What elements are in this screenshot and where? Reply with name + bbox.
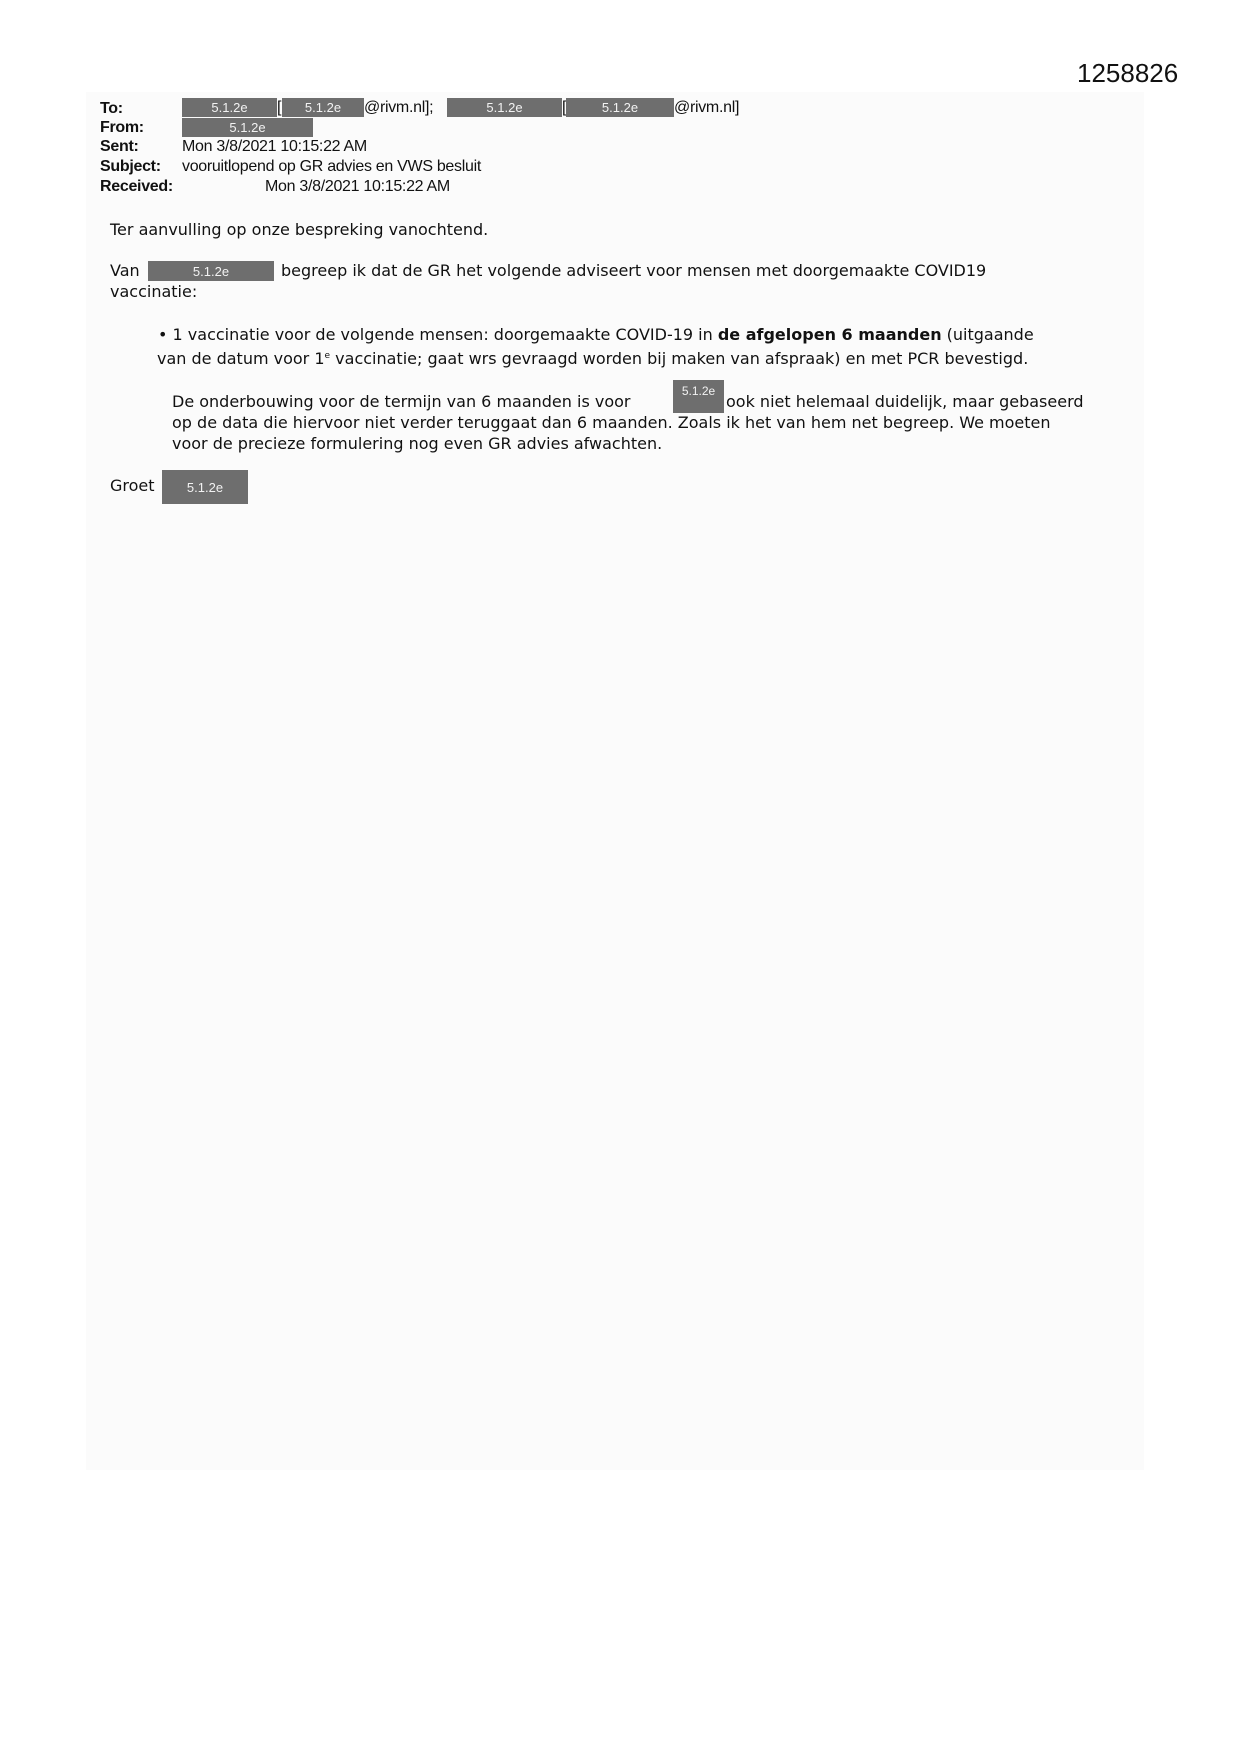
to-domain-2: @rivm.nl] xyxy=(674,99,739,117)
van-prefix: Van xyxy=(110,260,140,281)
bullet-line1: • 1 vaccinatie voor de volgende mensen: … xyxy=(158,324,1034,345)
document-number: 1258826 xyxy=(1077,58,1178,89)
van-rest: begreep ik dat de GR het volgende advise… xyxy=(281,260,986,281)
bullet-line2-end: vaccinatie; gaat wrs gevraagd worden bij… xyxy=(330,349,1028,368)
received-label: Received: xyxy=(100,178,173,196)
bullet-line1-end: (uitgaande xyxy=(942,325,1034,344)
redaction-to-name-1: 5.1.2e xyxy=(182,98,277,117)
bullet-line2-text: van de datum voor 1 xyxy=(157,349,325,368)
closing: Groet xyxy=(110,475,155,496)
received-value: Mon 3/8/2021 10:15:22 AM xyxy=(265,178,450,196)
sent-value: Mon 3/8/2021 10:15:22 AM xyxy=(182,138,367,156)
para-line1-end: ook niet helemaal duidelijk, maar gebase… xyxy=(726,391,1084,412)
redaction-voor: 5.1.2e xyxy=(673,380,724,413)
subject-value: vooruitlopend op GR advies en VWS beslui… xyxy=(182,158,481,176)
para-line1-start: De onderbouwing voor de termijn van 6 ma… xyxy=(172,391,631,412)
redaction-from: 5.1.2e xyxy=(182,118,313,137)
redaction-to-address-2: 5.1.2e xyxy=(566,98,674,117)
from-label: From: xyxy=(100,119,144,137)
redaction-van: 5.1.2e xyxy=(148,261,274,281)
subject-label: Subject: xyxy=(100,158,161,176)
to-domain-1: @rivm.nl]; xyxy=(364,99,433,117)
page-background xyxy=(86,92,1144,1470)
redaction-to-name-2: 5.1.2e xyxy=(447,98,562,117)
para-line3: voor de precieze formulering nog even GR… xyxy=(172,433,662,454)
bullet-line1-bold: de afgelopen 6 maanden xyxy=(718,325,942,344)
bullet-line2: van de datum voor 1e vaccinatie; gaat wr… xyxy=(157,346,1028,369)
body-intro: Ter aanvulling op onze bespreking vanoch… xyxy=(110,219,488,240)
redaction-signature: 5.1.2e xyxy=(162,470,248,504)
to-label: To: xyxy=(100,100,123,118)
to-bracket-1: [ xyxy=(277,99,281,117)
van-line2: vaccinatie: xyxy=(110,281,197,302)
redaction-to-address-1: 5.1.2e xyxy=(282,98,364,117)
sent-label: Sent: xyxy=(100,138,139,156)
para-line2: op de data die hiervoor niet verder teru… xyxy=(172,412,1051,433)
bullet-line1-text: • 1 vaccinatie voor de volgende mensen: … xyxy=(158,325,718,344)
